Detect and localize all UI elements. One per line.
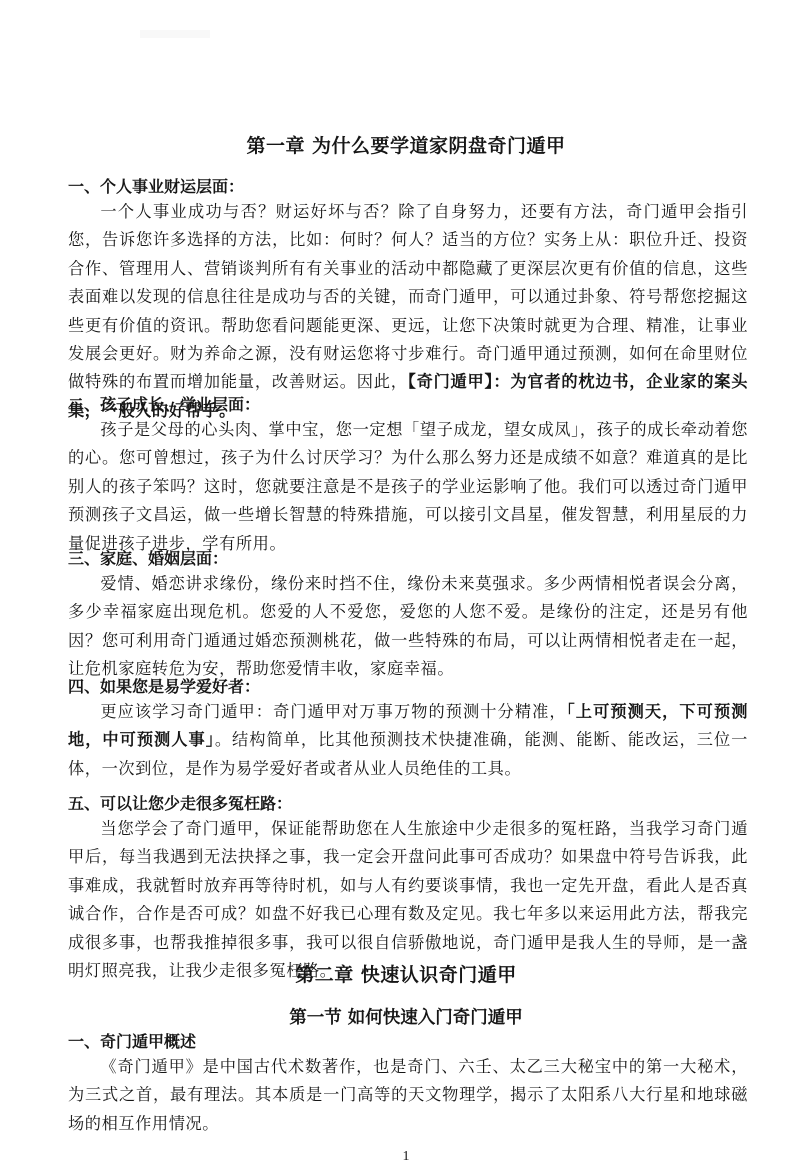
page-number: 1	[0, 1149, 812, 1165]
overview-heading: 一、奇门遁甲概述	[68, 1031, 748, 1053]
section-4-body: 更应该学习奇门遁甲：奇门遁甲对万事万物的预测十分精准，「上可预测天，下可预测地，…	[68, 698, 748, 783]
section-4: 四、如果您是易学爱好者： 更应该学习奇门遁甲：奇门遁甲对万事万物的预测十分精准，…	[68, 676, 748, 783]
section-3-heading: 三、家庭、婚姻层面：	[68, 548, 748, 570]
section-1: 一、个人事业财运层面： 一个人事业成功与否？财运好坏与否？除了自身努力，还要有方…	[68, 176, 748, 425]
section-2-heading: 二、孩子成长、学业层面：	[68, 394, 748, 416]
chapter-2-section-1-title: 第一节 如何快速入门奇门遁甲	[0, 1004, 812, 1029]
overview-body: 《奇门遁甲》是中国古代术数著作，也是奇门、六壬、太乙三大秘宝中的第一大秘术，为三…	[68, 1053, 748, 1138]
section-5-heading: 五、可以让您少走很多冤枉路：	[68, 793, 748, 815]
section-5: 五、可以让您少走很多冤枉路： 当您学会了奇门遁甲，保证能帮助您在人生旅途中少走很…	[68, 793, 748, 985]
chapter-2-title: 第二章 快速认识奇门遁甲	[0, 960, 812, 987]
chapter-1-title: 第一章 为什么要学道家阴盘奇门遁甲	[0, 131, 812, 158]
document-page: 第一章 为什么要学道家阴盘奇门遁甲 一、个人事业财运层面： 一个人事业成功与否？…	[0, 0, 812, 1170]
section-3: 三、家庭、婚姻层面： 爱情、婚恋讲求缘份，缘份来时挡不住，缘份未来莫强求。多少两…	[68, 548, 748, 684]
section-4-heading: 四、如果您是易学爱好者：	[68, 676, 748, 698]
section-1-body: 一个人事业成功与否？财运好坏与否？除了自身努力，还要有方法，奇门遁甲会指引您，告…	[68, 198, 748, 425]
section-4-text-before: 更应该学习奇门遁甲：奇门遁甲对万事万物的预测十分精准，	[100, 702, 566, 721]
section-2-body: 孩子是父母的心头肉、掌中宝，您一定想「望子成龙，望女成凤」，孩子的成长牵动着您的…	[68, 416, 748, 558]
section-1-heading: 一、个人事业财运层面：	[68, 176, 748, 198]
section-1-text: 一个人事业成功与否？财运好坏与否？除了自身努力，还要有方法，奇门遁甲会指引您，告…	[68, 202, 748, 391]
chapter-2-overview: 一、奇门遁甲概述 《奇门遁甲》是中国古代术数著作，也是奇门、六壬、太乙三大秘宝中…	[68, 1031, 748, 1138]
scan-artifact	[140, 30, 210, 38]
section-3-body: 爱情、婚恋讲求缘份，缘份来时挡不住，缘份未来莫强求。多少两情相悦者误会分离，多少…	[68, 570, 748, 684]
section-2: 二、孩子成长、学业层面： 孩子是父母的心头肉、掌中宝，您一定想「望子成龙，望女成…	[68, 394, 748, 558]
